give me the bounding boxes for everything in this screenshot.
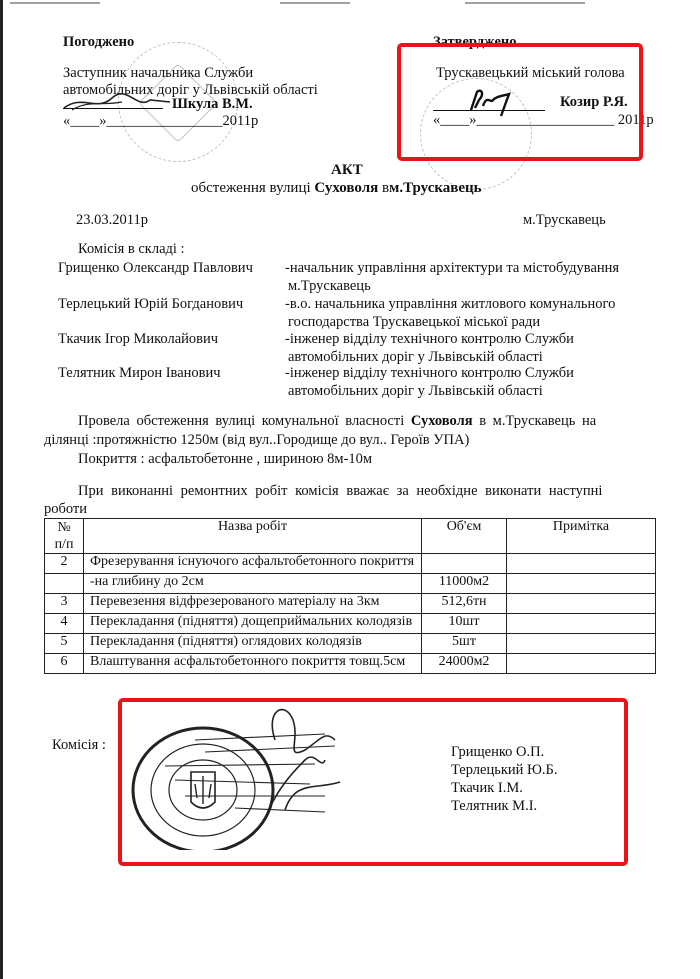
- header-text: п/п: [55, 537, 74, 552]
- member-role: -в.о. начальника управління житлового ко…: [285, 296, 615, 313]
- table-row: 5 Перекладання (підняття) оглядових коло…: [45, 634, 656, 654]
- member-name: Терлецький Юрій Богданович: [58, 296, 243, 313]
- work-note: [507, 654, 656, 674]
- work-note: [507, 634, 656, 654]
- row-number: 6: [45, 654, 84, 674]
- work-name: Перекладання (підняття) дощеприймальних …: [84, 614, 422, 634]
- member-name: Телятник Мирон Іванович: [58, 365, 221, 382]
- header-text: №: [57, 520, 70, 535]
- work-volume: 11000м2: [422, 574, 507, 594]
- member-role: -інженер відділу технічного контролю Слу…: [285, 365, 574, 382]
- work-name: Перевезення відфрезерованого матеріалу н…: [84, 594, 422, 614]
- member-role: автомобільних доріг у Львівській області: [288, 349, 543, 366]
- table-row: 2 Фрезерування існуючого асфальтобетонно…: [45, 554, 656, 574]
- work-note: [507, 594, 656, 614]
- signatures-label: Комісія :: [52, 737, 106, 754]
- survey-paragraph-line2: ділянці :протяжністю 1250м (від вул..Гор…: [44, 432, 469, 449]
- subtitle-prefix: обстеження вулиці: [191, 180, 311, 196]
- table-row: -на глибину до 2см 11000м2: [45, 574, 656, 594]
- member-role: -начальник управління архітектури та міс…: [285, 260, 619, 277]
- column-header-name: Назва робіт: [84, 519, 422, 554]
- signature-icon: [62, 90, 172, 114]
- highlight-box-signatures: [118, 698, 628, 866]
- work-name: Влаштування асфальтобетонного покриття т…: [84, 654, 422, 674]
- city-name: м.Трускавець: [389, 180, 482, 196]
- member-role: автомобільних доріг у Львівській області: [288, 383, 543, 400]
- approval-date-line: «____»________________2011р: [63, 113, 258, 130]
- approver-name: Шкула В.М.: [172, 96, 253, 113]
- table-row: 3 Перевезення відфрезерованого матеріалу…: [45, 594, 656, 614]
- work-volume: 5шт: [422, 634, 507, 654]
- scan-edge: [465, 2, 585, 4]
- works-intro: При виконанні ремонтних робіт комісія вв…: [78, 483, 602, 500]
- survey-text: в м.Трускавець на: [479, 413, 596, 429]
- row-number: 4: [45, 614, 84, 634]
- work-volume: 512,6тн: [422, 594, 507, 614]
- approver-position: Заступник начальника Служби: [63, 65, 253, 82]
- document-date: 23.03.2011р: [76, 212, 148, 229]
- table-header-row: № п/п Назва робіт Об'єм Примітка: [45, 519, 656, 554]
- column-header-volume: Об'єм: [422, 519, 507, 554]
- document-place: м.Трускавець: [523, 212, 606, 229]
- document-title: АКТ: [331, 162, 363, 179]
- row-number: [45, 574, 84, 594]
- document-subtitle: обстеження вулиці Суховоля вм.Трускавець: [191, 180, 482, 197]
- highlight-box-mayor: [397, 43, 643, 161]
- coating-info: Покриття : асфальтобетонне , шириною 8м-…: [78, 451, 372, 468]
- row-number: 2: [45, 554, 84, 574]
- work-name: -на глибину до 2см: [84, 574, 422, 594]
- street-name: Суховоля: [411, 413, 473, 429]
- street-name: Суховоля: [314, 180, 378, 196]
- scan-edge: [10, 2, 100, 4]
- column-header-number: № п/п: [45, 519, 84, 554]
- work-volume: [422, 554, 507, 574]
- member-role: м.Трускавець: [288, 278, 371, 295]
- work-note: [507, 574, 656, 594]
- work-note: [507, 554, 656, 574]
- survey-paragraph: Провела обстеження вулиці комунальної вл…: [78, 413, 596, 430]
- member-name: Грищенко Олександр Павлович: [58, 260, 253, 277]
- table-row: 4 Перекладання (підняття) дощеприймальни…: [45, 614, 656, 634]
- row-number: 5: [45, 634, 84, 654]
- member-name: Ткачик Ігор Миколайович: [58, 331, 218, 348]
- work-name: Фрезерування існуючого асфальтобетонного…: [84, 554, 422, 574]
- column-header-note: Примітка: [507, 519, 656, 554]
- works-table: № п/п Назва робіт Об'єм Примітка 2 Фрезе…: [44, 518, 656, 674]
- work-note: [507, 614, 656, 634]
- work-volume: 10шт: [422, 614, 507, 634]
- work-name: Перекладання (підняття) оглядових колодя…: [84, 634, 422, 654]
- member-role: господарства Трускавецької міської ради: [288, 314, 540, 331]
- scan-edge: [0, 0, 3, 979]
- table-row: 6 Влаштування асфальтобетонного покриття…: [45, 654, 656, 674]
- survey-text: Провела обстеження вулиці комунальної вл…: [78, 413, 404, 429]
- row-number: 3: [45, 594, 84, 614]
- work-volume: 24000м2: [422, 654, 507, 674]
- scan-edge: [280, 2, 350, 4]
- member-role: -інженер відділу технічного контролю Слу…: [285, 331, 574, 348]
- works-intro-line2: роботи: [44, 501, 87, 518]
- commission-heading: Комісія в складі :: [78, 241, 185, 258]
- approved-heading: Погоджено: [63, 34, 134, 51]
